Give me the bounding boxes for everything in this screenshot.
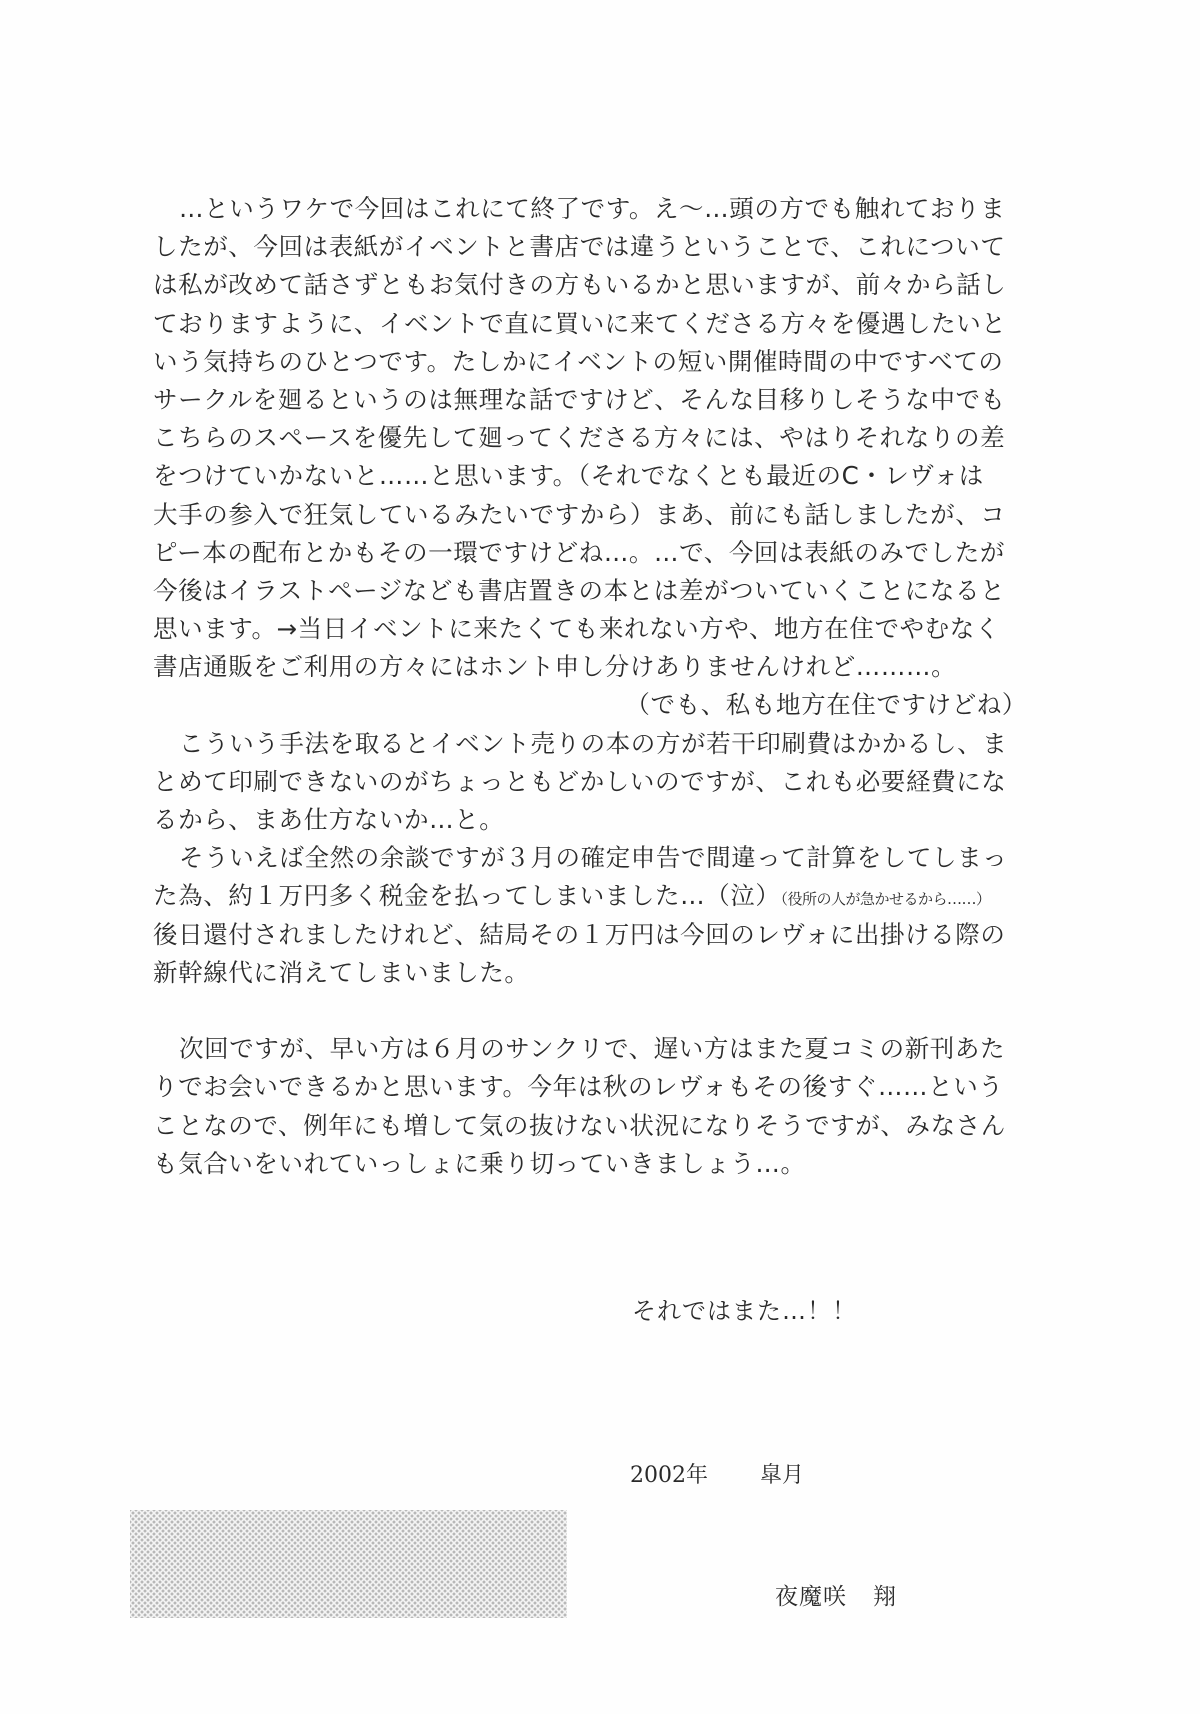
text-segment: た為、約１万円多く税金を払ってしまいました…（泣） bbox=[153, 881, 781, 910]
small-note: （役所の人が急かせるから……） bbox=[781, 890, 991, 908]
author-signature: 夜魔咲翔 bbox=[775, 1578, 897, 1611]
text-line: りでお会いできるかと思います。今年は秋のレヴォもその後すぐ……という bbox=[153, 1068, 1033, 1106]
aside-note: （でも、私も地方在住ですけどね） bbox=[153, 686, 1033, 724]
text-line-with-note: た為、約１万円多く税金を払ってしまいました…（泣）（役所の人が急かせるから……） bbox=[153, 877, 1033, 915]
text-line: をつけていかないと……と思います。（それでなくとも最近のC・レヴォは bbox=[153, 457, 1033, 495]
text-line: とめて印刷できないのがちょっともどかしいのですが、これも必要経費にな bbox=[153, 763, 1033, 801]
signature-family-name: 夜魔咲 bbox=[775, 1584, 847, 1610]
date-line: 2002年皐月 bbox=[630, 1458, 804, 1489]
text-line: 思います。→当日イベントに来たくても来れない方や、地方在住でやむなく bbox=[153, 610, 1033, 648]
halftone-screen-box bbox=[130, 1510, 567, 1618]
text-line: こちらのスペースを優先して廻ってくださる方々には、やはりそれなりの差 bbox=[153, 419, 1033, 457]
text-line: も気合いをいれていっしょに乗り切っていきましょう…。 bbox=[153, 1145, 1033, 1183]
document-page: …というワケで今回はこれにて終了です。え～…頭の方でも触れておりま したが、今回… bbox=[0, 0, 1200, 1714]
text-line: 大手の参入で狂気しているみたいですから）まあ、前にも話しましたが、コ bbox=[153, 496, 1033, 534]
text-line: そういえば全然の余談ですが３月の確定申告で間違って計算をしてしまっ bbox=[153, 839, 1033, 877]
date-year: 2002年 bbox=[630, 1463, 708, 1488]
paragraph-spacer bbox=[153, 992, 1033, 1030]
text-line: ピー本の配布とかもその一環ですけどね…。…で、今回は表紙のみでしたが bbox=[153, 534, 1033, 572]
text-line: …というワケで今回はこれにて終了です。え～…頭の方でも触れておりま bbox=[153, 190, 1033, 228]
text-line: ておりますように、イベントで直に買いに来てくださる方々を優遇したいと bbox=[153, 305, 1033, 343]
signature-given-name: 翔 bbox=[873, 1584, 897, 1610]
text-line: いう気持ちのひとつです。たしかにイベントの短い開催時間の中ですべての bbox=[153, 343, 1033, 381]
text-line: こういう手法を取るとイベント売りの本の方が若干印刷費はかかるし、ま bbox=[153, 725, 1033, 763]
text-line: サークルを廻るというのは無理な話ですけど、そんな目移りしそうな中でも bbox=[153, 381, 1033, 419]
text-line: 書店通販をご利用の方々にはホント申し分けありませんけれど………。 bbox=[153, 648, 1033, 686]
text-line: は私が改めて話さずともお気付きの方もいるかと思いますが、前々から話し bbox=[153, 266, 1033, 304]
text-line: 後日還付されましたけれど、結局その１万円は今回のレヴォに出掛ける際の bbox=[153, 916, 1033, 954]
text-line: るから、まあ仕方ないか…と。 bbox=[153, 801, 1033, 839]
afterword-body: …というワケで今回はこれにて終了です。え～…頭の方でも触れておりま したが、今回… bbox=[153, 190, 1033, 1183]
text-line: したが、今回は表紙がイベントと書店では違うということで、これについて bbox=[153, 228, 1033, 266]
text-line: 新幹線代に消えてしまいました。 bbox=[153, 954, 1033, 992]
closing-line: それではまた…！！ bbox=[632, 1291, 857, 1326]
text-line: 次回ですが、早い方は６月のサンクリで、遅い方はまた夏コミの新刊あた bbox=[153, 1030, 1033, 1068]
date-month: 皐月 bbox=[760, 1463, 804, 1488]
text-line: 今後はイラストページなども書店置きの本とは差がついていくことになると bbox=[153, 572, 1033, 610]
text-line: ことなので、例年にも増して気の抜けない状況になりそうですが、みなさん bbox=[153, 1107, 1033, 1145]
